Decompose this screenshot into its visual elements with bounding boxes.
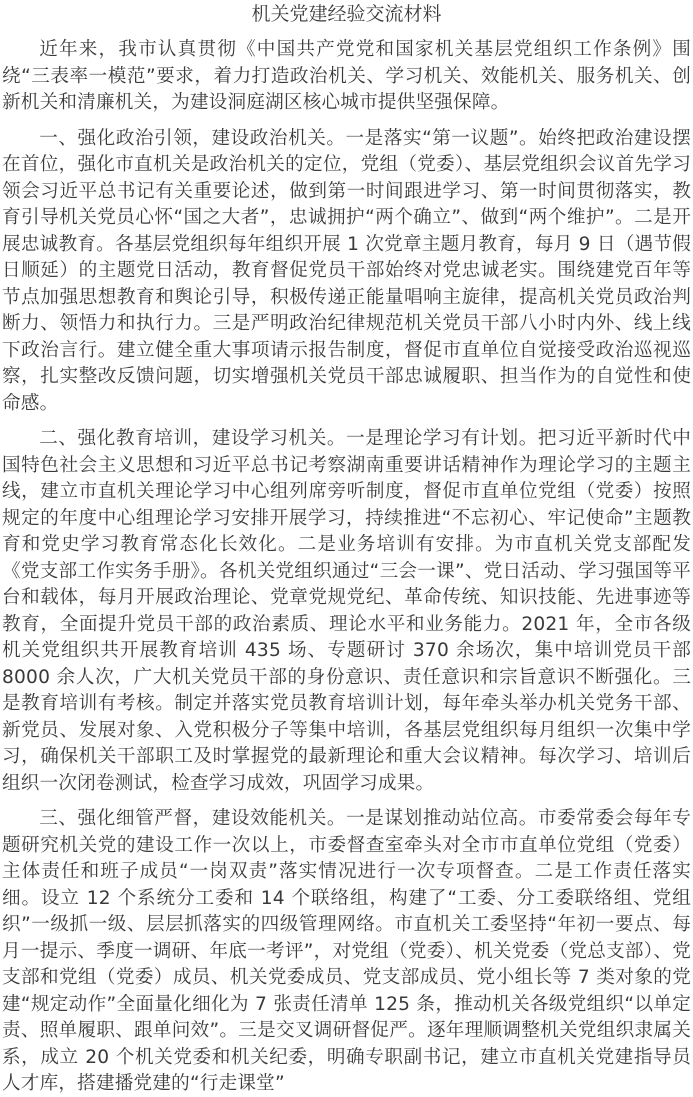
document: 机关党建经验交流材料 近年来，我市认真贯彻《中国共产党党和国家机关基层党组织工作… [0, 1, 693, 1097]
paragraph-efficiency-organ: 三、强化细管严督，建设效能机关。一是谋划推动站位高。市委常委会每年专题研究机关党… [2, 806, 691, 1097]
document-title: 机关党建经验交流材料 [2, 1, 691, 27]
paragraph-political-organ: 一、强化政治引领，建设政治机关。一是落实“第一议题”。始终把政治建设摆在首位，强… [2, 126, 691, 418]
paragraph-intro: 近年来，我市认真贯彻《中国共产党党和国家机关基层党组织工作条例》围绕“三表率一模… [2, 37, 691, 117]
paragraph-learning-organ: 二、强化教育培训，建设学习机关。一是理论学习有计划。把习近平新时代中国特色社会主… [2, 426, 691, 797]
